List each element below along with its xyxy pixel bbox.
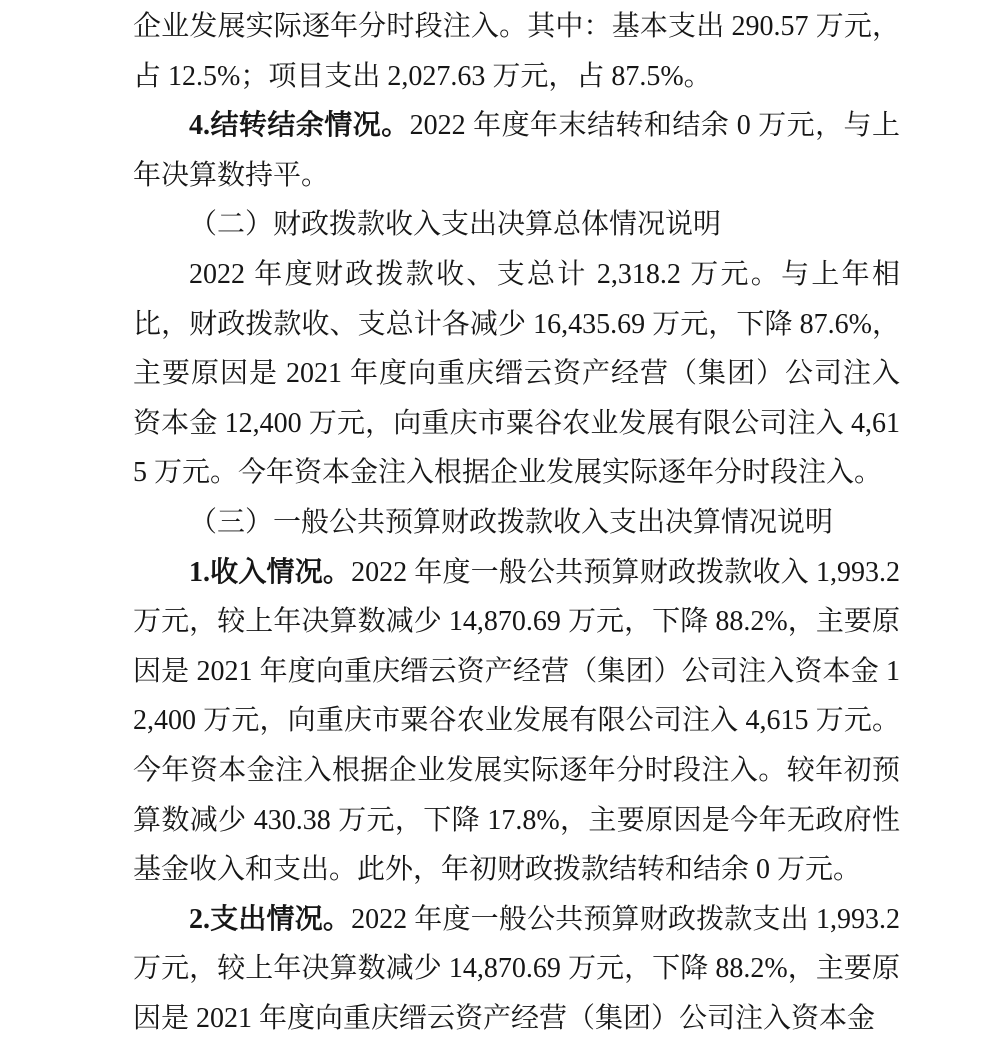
- heading-section-two: （二）财政拨款收入支出决算总体情况说明: [133, 200, 900, 250]
- para-prior-expenditure-continuation: 企业发展实际逐年分时段注入。其中：基本支出 290.57 万元，占 12.5%；…: [133, 2, 900, 101]
- heading-section-three: （三）一般公共预算财政拨款收入支出决算情况说明: [133, 498, 900, 548]
- text-run: 企业发展实际逐年分时段注入。其中：基本支出 290.57 万元，占 12.5%；…: [133, 11, 900, 92]
- text-run: （三）一般公共预算财政拨款收入支出决算情况说明: [189, 507, 833, 538]
- text-run: （二）财政拨款收入支出决算总体情况说明: [189, 209, 721, 240]
- bold-text-run: 1.收入情况。: [189, 557, 351, 588]
- text-run: 2022 年度一般公共预算财政拨款收入 1,993.2 万元，较上年决算数减少 …: [133, 557, 900, 886]
- document-viewport: { "document": { "background": "#ffffff",…: [0, 0, 1000, 1043]
- document-page: 企业发展实际逐年分时段注入。其中：基本支出 290.57 万元，占 12.5%；…: [0, 0, 1000, 1043]
- para-expenditure-situation: 2.支出情况。2022 年度一般公共预算财政拨款支出 1,993.2 万元，较上…: [133, 895, 900, 1043]
- bold-text-run: 4.结转结余情况。: [189, 110, 410, 141]
- para-fiscal-appropriation-total: 2022 年度财政拨款收、支总计 2,318.2 万元。与上年相比，财政拨款收、…: [133, 250, 900, 498]
- document-text: 企业发展实际逐年分时段注入。其中：基本支出 290.57 万元，占 12.5%；…: [133, 2, 900, 1043]
- bold-text-run: 2.支出情况。: [189, 904, 351, 935]
- para-carryover-balance: 4.结转结余情况。2022 年度年末结转和结余 0 万元，与上年决算数持平。: [133, 101, 900, 200]
- para-income-situation: 1.收入情况。2022 年度一般公共预算财政拨款收入 1,993.2 万元，较上…: [133, 548, 900, 895]
- text-run: 2022 年度财政拨款收、支总计 2,318.2 万元。与上年相比，财政拨款收、…: [133, 259, 900, 488]
